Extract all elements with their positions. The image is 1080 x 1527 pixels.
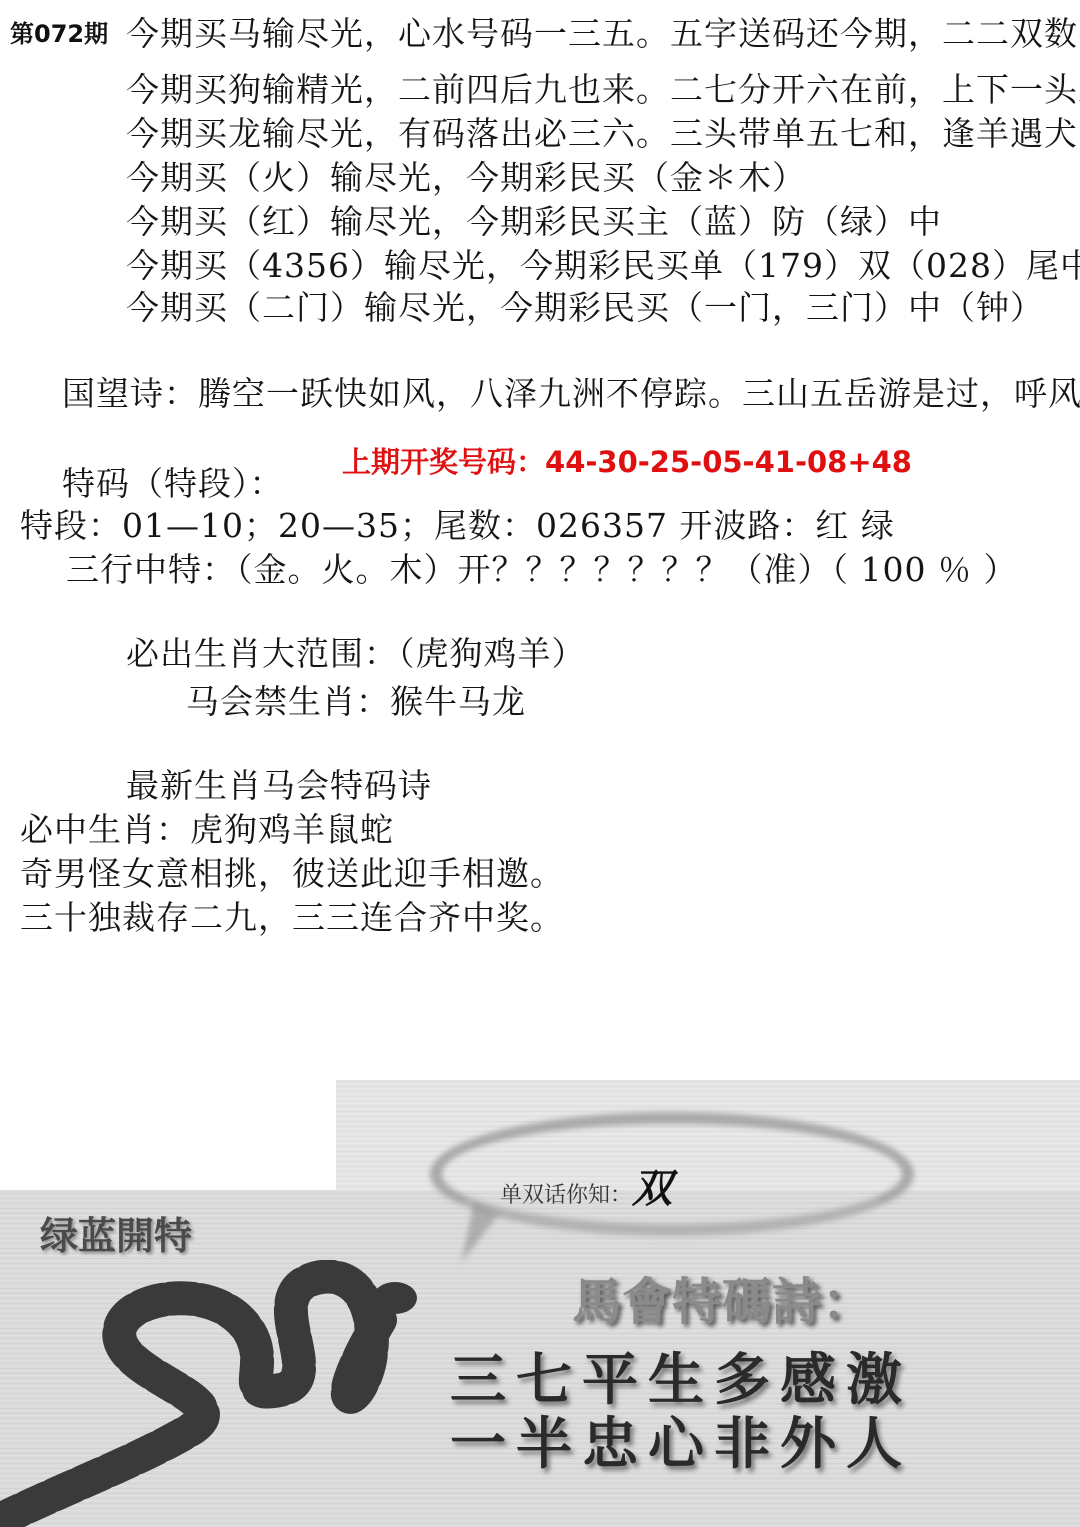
zodiac-banned-line: 马会禁生肖：猴牛马龙 [186,680,526,724]
snake-illustration-icon [0,1260,440,1527]
color-tip: 绿蓝開特 [40,1205,192,1260]
odd-even-tip: 单双话你知：双 [500,1157,672,1214]
intro-line: 今期买（二门）输尽光，今期彩民买（一门，三门）中（钟） [126,286,1044,330]
odd-even-label: 单双话你知： [500,1183,632,1208]
zodiac-range-line: 必出生肖大范围：（虎狗鸡羊） [126,632,586,676]
issue-number: 第072期 [10,14,108,49]
poem-verse: 奇男怪女意相挑，彼送此迎手相邀。 [20,852,564,896]
latest-poem-title: 最新生肖马会特码诗 [126,764,432,808]
mahui-poem-line: 一半忠心非外人 [450,1400,912,1480]
odd-even-answer: 双 [632,1166,672,1212]
last-draw-numbers: 44-30-25-05-41-08+48 [545,445,912,479]
special-segment-line: 特段：01—10；20—35；尾数：026357 开波路：红 绿 [20,504,895,548]
intro-line: 今期买龙输尽光，有码落出必三六。三头带单五七和，逢羊遇犬问前途。 [126,112,1080,156]
intro-line: 今期买（红）输尽光，今期彩民买主（蓝）防（绿）中 [126,200,942,244]
special-heading: 特码（特段）： [62,462,284,506]
last-draw-label: 上期开奖号码： [342,445,545,479]
last-draw-result: 上期开奖号码：44-30-25-05-41-08+48 [342,440,912,481]
guowang-poem: 国望诗：腾空一跃快如风，八泽九洲不停踪。三山五岳游是过，呼风唤雨扫妖风。 [62,372,1080,416]
intro-line: 今期买狗输精光，二前四后九也来。二七分开六在前，上下一头三中二。 [126,68,1080,112]
five-elements-line: 三行中特：（金。火。木）开？？？？？？？（准）（ 100 ％ ） [66,548,1017,592]
intro-line: 今期买马输尽光，心水号码一三五。五字送码还今期，二二双数买八尾。 [126,12,1080,56]
must-zodiac-line: 必中生肖：虎狗鸡羊鼠蛇 [20,808,394,852]
intro-line: 今期买（火）输尽光，今期彩民买（金＊木） [126,156,806,200]
poem-verse: 三十独裁存二九，三三连合齐中奖。 [20,896,564,940]
intro-line: 今期买（4356）输尽光，今期彩民买单（179）双（028）尾中 [126,244,1080,288]
mahui-poem-title: 馬會特碼詩： [572,1262,872,1334]
